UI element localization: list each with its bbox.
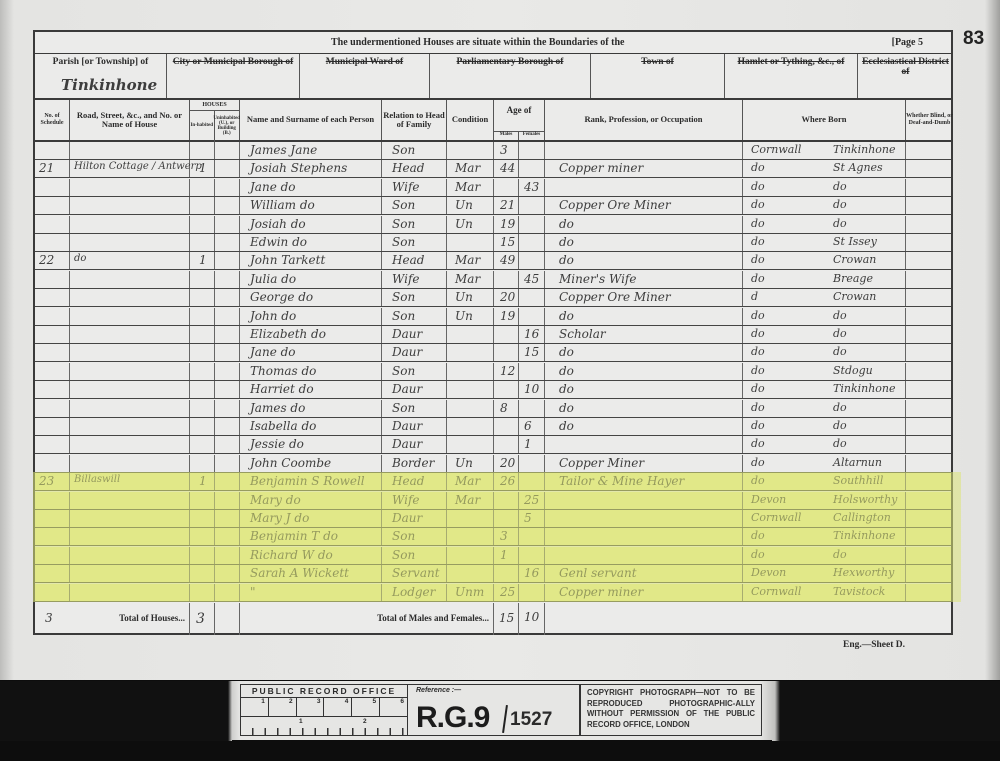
public-record-office-label: PUBLIC RECORD OFFICE 1 2 3 4 5 6 1 2 Ref…: [240, 684, 770, 739]
person-name: Jessie do: [250, 437, 304, 451]
total-females: 10: [524, 610, 539, 624]
name-cell: Mary J do: [240, 510, 382, 527]
relation: Daur: [392, 327, 422, 341]
ward-cell: Municipal Ward of: [300, 54, 430, 98]
col-road: Road, Street, &c., and No. or Name of Ho…: [70, 100, 190, 140]
archive-strip-lower: [232, 740, 772, 760]
disability-cell: [906, 381, 953, 398]
born-cell: Cornwall Tavistock: [743, 584, 906, 601]
born-cell: do Breage: [743, 271, 906, 288]
relation: Daur: [392, 382, 422, 396]
condition: Un: [455, 198, 473, 212]
occupation: do: [559, 309, 574, 323]
relation-cell: Daur: [382, 510, 447, 527]
female-age-cell: 16: [519, 326, 545, 343]
occupation: do: [559, 217, 574, 231]
name-cell: George do: [240, 289, 382, 306]
census-row: 21 Hilton Cottage / Antwerp 1 Josiah Ste…: [35, 160, 951, 178]
relation: Son: [392, 529, 415, 543]
disability-cell: [906, 216, 953, 233]
reference-series: R.G.9: [416, 701, 489, 735]
ruler-ticks: 1 2: [241, 718, 407, 736]
ruler-inches: 1 2 3 4 5 6: [241, 698, 407, 717]
born-county: Devon: [751, 493, 786, 506]
born-county: do: [751, 217, 765, 230]
disability-cell: [906, 436, 953, 453]
name-cell: Benjamin T do: [240, 528, 382, 545]
female-age-cell: [519, 547, 545, 564]
occupation: do: [559, 382, 574, 396]
inhabited-cell: [190, 234, 215, 251]
hamlet-label: Hamlet or Tything, &c., of: [738, 57, 845, 67]
relation: Wife: [392, 493, 420, 507]
male-age-cell: 12: [494, 363, 519, 380]
census-row: John Coombe Border Un 20 Copper Miner do…: [35, 455, 951, 473]
born-cell: Cornwall Tinkinhone: [743, 142, 906, 159]
relation: Head: [392, 161, 424, 175]
female-age-cell: 45: [519, 271, 545, 288]
total-houses-cell: 3: [190, 603, 215, 635]
relation-cell: Head: [382, 160, 447, 177]
name-cell: Josiah do: [240, 216, 382, 233]
road-name: Billaswill: [74, 474, 120, 485]
male-age: 19: [500, 309, 515, 323]
female-age-cell: [519, 160, 545, 177]
uninhabited-cell: [215, 547, 240, 564]
relation-cell: Head: [382, 252, 447, 269]
uninhabited-cell: [215, 326, 240, 343]
occupation: Genl servant: [559, 566, 637, 580]
born-cell: do do: [743, 308, 906, 325]
female-age-cell: [519, 142, 545, 159]
road-cell: [70, 565, 190, 582]
born-cell: do do: [743, 197, 906, 214]
condition: Mar: [455, 493, 480, 507]
inhabited-cell: [190, 142, 215, 159]
location-row: Parish [or Township] of Tinkinhone City …: [35, 54, 951, 100]
name-cell: Thomas do: [240, 363, 382, 380]
born-county: do: [751, 419, 765, 432]
born-cell: do do: [743, 179, 906, 196]
name-cell: John do: [240, 308, 382, 325]
occupation-cell: Copper miner: [545, 584, 743, 601]
born-cell: do Crowan: [743, 252, 906, 269]
uninhabited-cell: [215, 308, 240, 325]
inhabited-cell: [190, 584, 215, 601]
disability-cell: [906, 160, 953, 177]
male-age-cell: 20: [494, 289, 519, 306]
occupation: Tailor & Mine Hayer: [559, 474, 684, 488]
person-name: John Tarkett: [250, 253, 325, 267]
inhabited-cell: [190, 547, 215, 564]
road-cell: [70, 455, 190, 472]
inhabited-cell: [190, 363, 215, 380]
relation: Head: [392, 253, 424, 267]
census-row: 22 do 1 John Tarkett Head Mar 49 do do C…: [35, 252, 951, 270]
census-row: John do Son Un 19 do do do: [35, 308, 951, 326]
inhabited-count: 1: [199, 253, 207, 267]
occupation-cell: [545, 547, 743, 564]
uninhabited-cell: [215, 436, 240, 453]
condition: Mar: [455, 253, 480, 267]
name-cell: Benjamin S Rowell: [240, 473, 382, 490]
total-houses-label-cell: Total of Houses...: [70, 603, 190, 635]
occupation: do: [559, 253, 574, 267]
occupation: Miner's Wife: [559, 272, 636, 286]
condition-cell: [447, 363, 494, 380]
condition-cell: Mar: [447, 252, 494, 269]
col-relation: Relation to Head of Family: [382, 100, 447, 140]
born-place: do: [833, 327, 847, 340]
relation-cell: Son: [382, 197, 447, 214]
born-county: do: [751, 180, 765, 193]
inhabited-cell: [190, 308, 215, 325]
col-disability: Whether Blind, or Deaf-and-Dumb: [906, 100, 953, 140]
schedule-cell: [35, 547, 70, 564]
disability-cell: [906, 455, 953, 472]
person-name: Isabella do: [250, 419, 316, 433]
condition-cell: [447, 528, 494, 545]
name-cell: James do: [240, 400, 382, 417]
census-form: The undermentioned Houses are situate wi…: [33, 30, 953, 635]
schedule-cell: [35, 179, 70, 196]
relation-cell: Head: [382, 473, 447, 490]
born-place: do: [833, 217, 847, 230]
occupation: do: [559, 235, 574, 249]
schedule-cell: [35, 308, 70, 325]
female-age-cell: 16: [519, 565, 545, 582]
schedule-cell: 22: [35, 252, 70, 269]
born-place: do: [833, 437, 847, 450]
disability-cell: [906, 492, 953, 509]
borough-label: City or Municipal Borough of: [173, 57, 294, 67]
uninhabited-cell: [215, 216, 240, 233]
uninhabited-cell: [215, 271, 240, 288]
occupation-cell: Genl servant: [545, 565, 743, 582]
born-cell: do do: [743, 547, 906, 564]
uninhabited-cell: [215, 418, 240, 435]
born-county: do: [751, 235, 765, 248]
male-age-cell: 1: [494, 547, 519, 564]
disability-cell: [906, 308, 953, 325]
inhabited-cell: [190, 510, 215, 527]
road-cell: [70, 400, 190, 417]
condition-cell: Un: [447, 289, 494, 306]
schedule-cell: [35, 326, 70, 343]
name-cell: Josiah Stephens: [240, 160, 382, 177]
occupation: do: [559, 364, 574, 378]
col-born: Where Born: [743, 100, 906, 140]
born-place: St Agnes: [833, 161, 883, 174]
male-age-cell: 19: [494, 216, 519, 233]
born-county: Cornwall: [751, 511, 801, 524]
uninhabited-cell: [215, 234, 240, 251]
relation: Son: [392, 548, 415, 562]
name-cell: Jane do: [240, 344, 382, 361]
born-place: Tinkinhone: [833, 382, 896, 395]
born-place: do: [833, 548, 847, 561]
schedule-cell: [35, 400, 70, 417]
inhabited-cell: [190, 418, 215, 435]
schedule-cell: [35, 344, 70, 361]
occupation: Copper Ore Miner: [559, 290, 671, 304]
born-place: do: [833, 309, 847, 322]
uninhabited-cell: [215, 344, 240, 361]
disability-cell: [906, 510, 953, 527]
census-row: 23 Billaswill 1 Benjamin S Rowell Head M…: [35, 473, 951, 491]
uninhabited-cell: [215, 381, 240, 398]
inhabited-cell: [190, 197, 215, 214]
uninhabited-cell: [215, 528, 240, 545]
condition-cell: [447, 326, 494, 343]
road-cell: do: [70, 252, 190, 269]
name-cell: Harriet do: [240, 381, 382, 398]
condition-cell: Mar: [447, 473, 494, 490]
person-name: John do: [250, 309, 296, 323]
condition: Un: [455, 217, 473, 231]
born-county: do: [751, 529, 765, 542]
relation-cell: Son: [382, 363, 447, 380]
parish-label: Parish [or Township] of: [53, 57, 149, 67]
occupation-cell: Miner's Wife: [545, 271, 743, 288]
parish-value: Tinkinhone: [61, 76, 157, 94]
census-row: Harriet do Daur 10 do do Tinkinhone: [35, 381, 951, 399]
name-cell: Elizabeth do: [240, 326, 382, 343]
born-cell: Cornwall Callington: [743, 510, 906, 527]
born-cell: do do: [743, 418, 906, 435]
condition: Mar: [455, 474, 480, 488]
male-age: 20: [500, 290, 515, 304]
male-age-cell: [494, 271, 519, 288]
total-females-cell: 10: [519, 603, 545, 635]
schedule-cell: [35, 381, 70, 398]
inhabited-cell: [190, 455, 215, 472]
born-cell: Devon Holsworthy: [743, 492, 906, 509]
occupation: Copper Miner: [559, 456, 644, 470]
ruler-mark: 4: [324, 698, 352, 716]
male-age-cell: 3: [494, 142, 519, 159]
condition-cell: [447, 400, 494, 417]
occupation: do: [559, 345, 574, 359]
ruler-mark: 1: [241, 698, 269, 716]
total-houses: 3: [196, 611, 205, 627]
occupation-cell: do: [545, 308, 743, 325]
occupation-cell: [545, 510, 743, 527]
female-age-cell: [519, 234, 545, 251]
name-cell: Mary do: [240, 492, 382, 509]
disability-cell: [906, 363, 953, 380]
condition-cell: [447, 436, 494, 453]
occupation-cell: Scholar: [545, 326, 743, 343]
male-age-cell: 8: [494, 400, 519, 417]
road-cell: [70, 271, 190, 288]
schedule-number: 21: [39, 161, 54, 175]
female-age: 1: [524, 437, 532, 451]
person-name: William do: [250, 198, 315, 212]
born-county: do: [751, 548, 765, 561]
census-row: Mary J do Daur 5 Cornwall Callington: [35, 510, 951, 528]
condition-cell: [447, 510, 494, 527]
born-place: Stdogu: [833, 364, 873, 377]
occupation-cell: do: [545, 363, 743, 380]
inhabited-cell: [190, 344, 215, 361]
condition-cell: [447, 344, 494, 361]
male-age: 15: [500, 235, 515, 249]
female-age: 10: [524, 382, 539, 396]
census-row: Thomas do Son 12 do do Stdogu: [35, 363, 951, 381]
road-cell: [70, 289, 190, 306]
uninhabited-cell: [215, 510, 240, 527]
schedule-cell: [35, 565, 70, 582]
relation: Wife: [392, 272, 420, 286]
condition-cell: Un: [447, 197, 494, 214]
person-name: Thomas do: [250, 364, 316, 378]
born-cell: do Stdogu: [743, 363, 906, 380]
relation: Son: [392, 198, 415, 212]
parliamentary-cell: Parliamentary Borough of: [430, 54, 591, 98]
schedule-cell: [35, 418, 70, 435]
road-cell: [70, 363, 190, 380]
name-cell: Jessie do: [240, 436, 382, 453]
uninhabited-cell: [215, 492, 240, 509]
col-condition: Condition: [447, 100, 494, 140]
inhabited-cell: [190, 436, 215, 453]
born-place: Breage: [833, 272, 873, 285]
disability-cell: [906, 252, 953, 269]
relation: Son: [392, 290, 415, 304]
relation-cell: Son: [382, 400, 447, 417]
road-cell: [70, 344, 190, 361]
uninhabited-cell: [215, 400, 240, 417]
schedule-cell: [35, 289, 70, 306]
male-age: 3: [500, 143, 508, 157]
born-county: do: [751, 401, 765, 414]
relation: Son: [392, 143, 415, 157]
person-name: John Coombe: [250, 456, 331, 470]
male-age-cell: 25: [494, 584, 519, 601]
parish-cell: Parish [or Township] of Tinkinhone: [35, 54, 167, 98]
male-age-cell: 49: [494, 252, 519, 269]
male-age: 26: [500, 474, 515, 488]
female-age-cell: [519, 528, 545, 545]
born-place: Crowan: [833, 290, 876, 303]
born-cell: do St Issey: [743, 234, 906, 251]
female-age: 16: [524, 566, 539, 580]
inhabited-cell: 1: [190, 252, 215, 269]
born-cell: do do: [743, 344, 906, 361]
relation-cell: Son: [382, 289, 447, 306]
office-name: PUBLIC RECORD OFFICE: [241, 685, 407, 698]
road-cell: [70, 436, 190, 453]
total-males-cell: 15: [494, 603, 519, 635]
col-age: Age of Males Females: [494, 100, 545, 140]
col-females: Females: [519, 131, 544, 140]
born-place: Southhill: [833, 474, 883, 487]
road-cell: [70, 492, 190, 509]
uninhabited-cell: [215, 142, 240, 159]
uninhabited-cell: [215, 584, 240, 601]
male-age: 25: [500, 585, 515, 599]
relation: Lodger: [392, 585, 435, 599]
disability-cell: [906, 473, 953, 490]
female-age-cell: [519, 455, 545, 472]
sheet-page-number: 83: [963, 28, 984, 50]
male-age-cell: [494, 179, 519, 196]
reference-piece: 1527: [510, 709, 552, 731]
relation: Son: [392, 217, 415, 231]
inhabited-cell: [190, 400, 215, 417]
born-cell: do Southhill: [743, 473, 906, 490]
person-name: ": [250, 585, 256, 599]
uninhabited-cell: [215, 473, 240, 490]
census-row: Sarah A Wickett Servant 16 Genl servant …: [35, 565, 951, 583]
male-age-cell: [494, 565, 519, 582]
born-county: do: [751, 364, 765, 377]
person-name: Benjamin S Rowell: [250, 474, 365, 488]
female-age-cell: 43: [519, 179, 545, 196]
col-occupation: Rank, Profession, or Occupation: [545, 100, 743, 140]
person-name: Edwin do: [250, 235, 307, 249]
born-cell: do do: [743, 400, 906, 417]
male-age: 3: [500, 529, 508, 543]
occupation-cell: Tailor & Mine Hayer: [545, 473, 743, 490]
born-county: Cornwall: [751, 143, 801, 156]
disability-cell: [906, 142, 953, 159]
disability-cell: [906, 584, 953, 601]
condition-cell: [447, 418, 494, 435]
total-schedules-cell: 3: [35, 603, 70, 635]
uninhabited-cell: [215, 179, 240, 196]
male-age-cell: 15: [494, 234, 519, 251]
road-name: Hilton Cottage / Antwerp: [74, 161, 202, 172]
relation-cell: Daur: [382, 436, 447, 453]
inhabited-count: 1: [199, 161, 207, 175]
inhabited-cell: [190, 216, 215, 233]
male-age-cell: 3: [494, 528, 519, 545]
col-males: Males: [494, 131, 519, 140]
person-name: Julia do: [250, 272, 296, 286]
person-name: Elizabeth do: [250, 327, 326, 341]
occupation-cell: do: [545, 252, 743, 269]
condition: Mar: [455, 180, 480, 194]
borough-cell: City or Municipal Borough of: [167, 54, 300, 98]
ruler-mark: 2: [269, 698, 297, 716]
disability-cell: [906, 565, 953, 582]
relation: Son: [392, 364, 415, 378]
condition: Mar: [455, 161, 480, 175]
female-age-cell: 25: [519, 492, 545, 509]
born-place: do: [833, 345, 847, 358]
disability-cell: [906, 179, 953, 196]
female-age: 16: [524, 327, 539, 341]
female-age: 15: [524, 345, 539, 359]
occupation-cell: Copper Miner: [545, 455, 743, 472]
female-age-cell: 15: [519, 344, 545, 361]
occupation-cell: [545, 179, 743, 196]
road-cell: Billaswill: [70, 473, 190, 490]
condition: Un: [455, 290, 473, 304]
inhabited-cell: [190, 381, 215, 398]
person-name: Richard W do: [250, 548, 333, 562]
born-county: do: [751, 437, 765, 450]
col-uninhabited: Uninhabited (U.), or Building (B.): [215, 110, 240, 142]
occupation: Copper miner: [559, 585, 643, 599]
person-name: Jane do: [250, 180, 296, 194]
born-county: Cornwall: [751, 585, 801, 598]
census-row: Isabella do Daur 6 do do do: [35, 418, 951, 436]
born-county: d: [751, 290, 758, 303]
census-row: James Jane Son 3 Cornwall Tinkinhone: [35, 142, 951, 160]
